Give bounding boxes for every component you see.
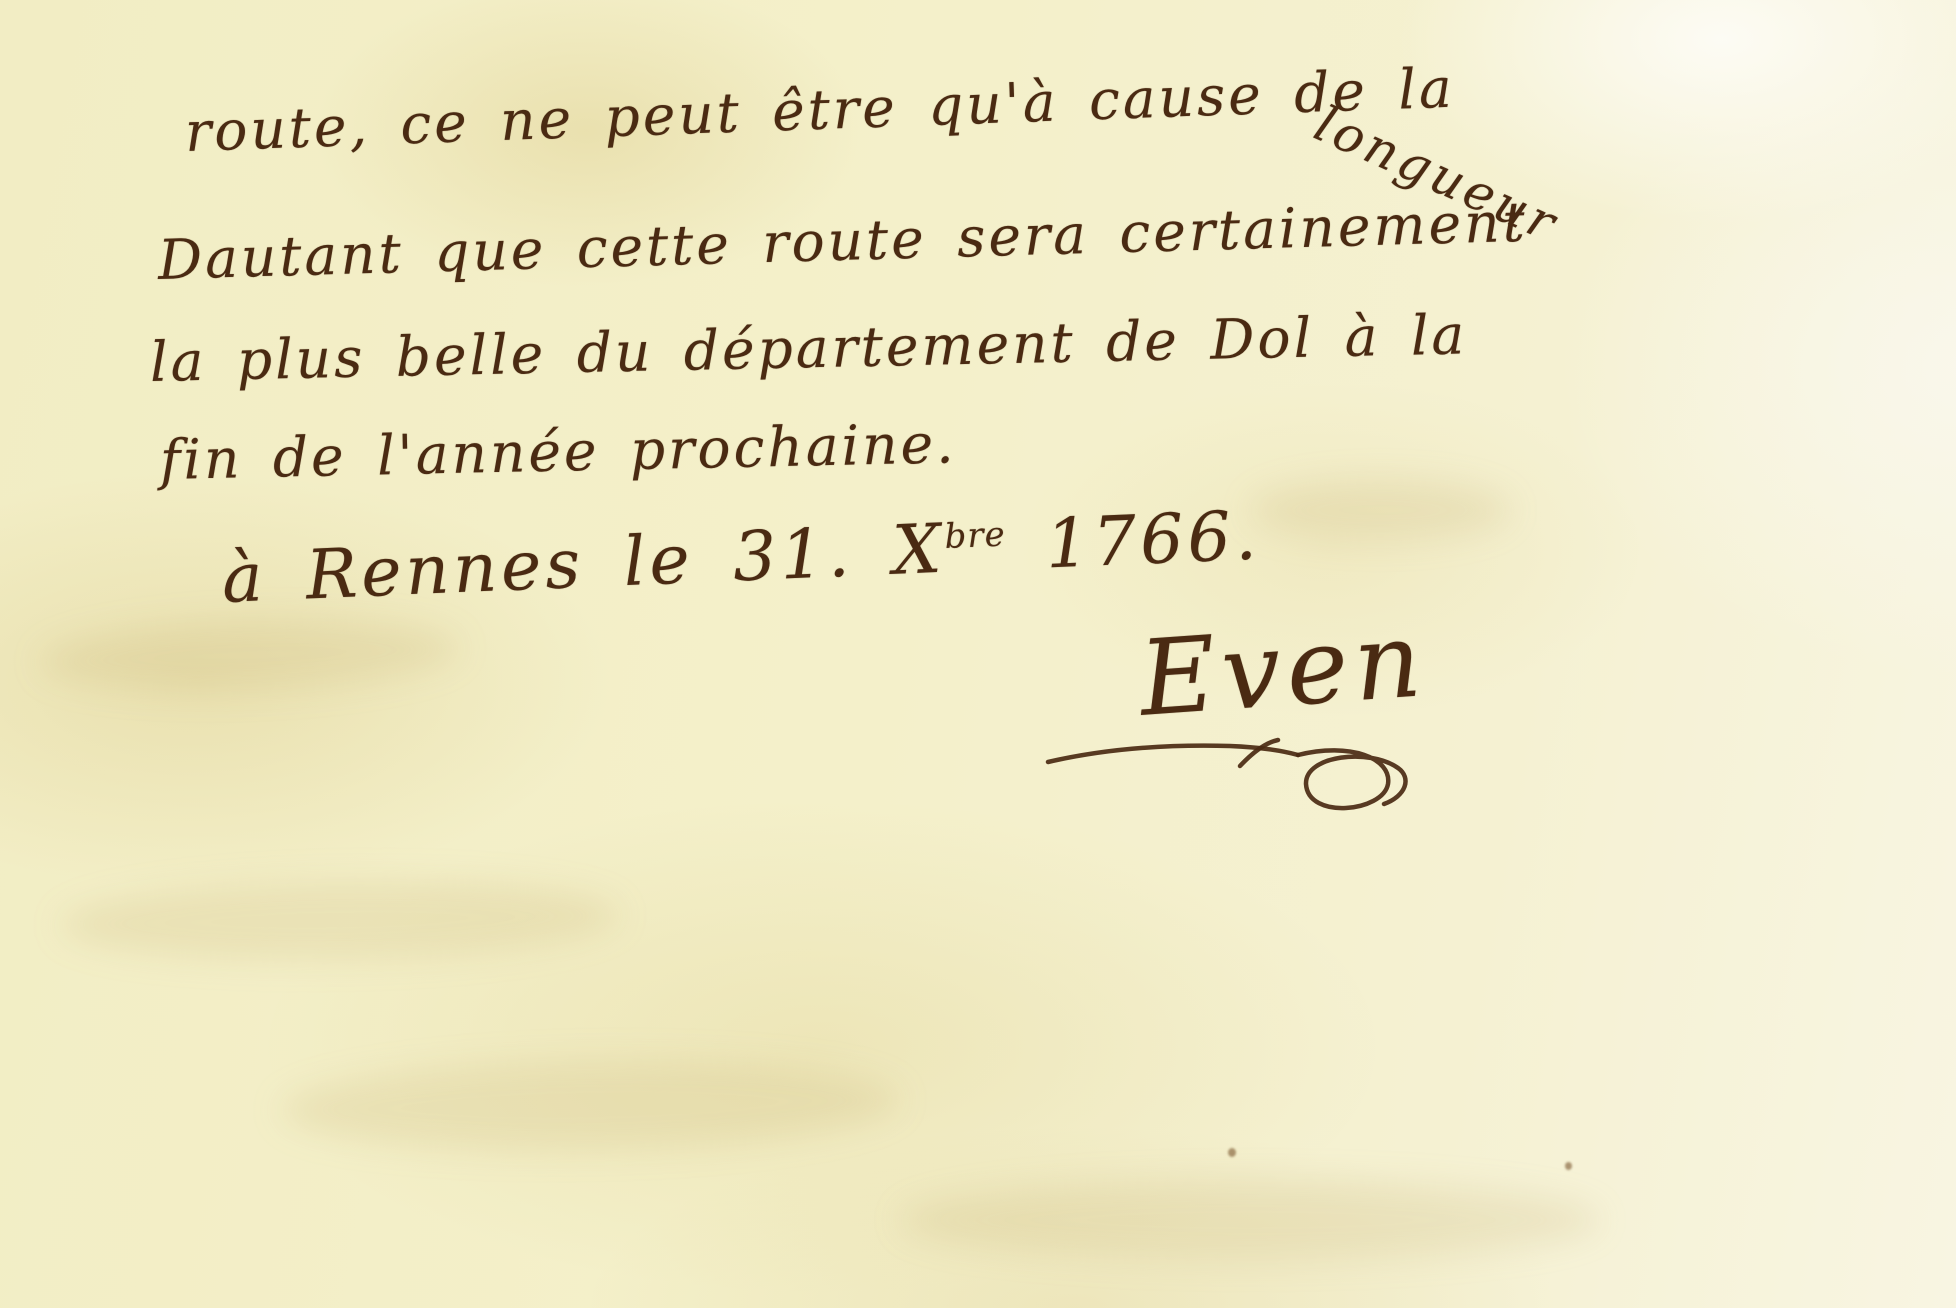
signature-flourish: [1040, 700, 1420, 830]
bleed-through-mark: [1250, 480, 1510, 540]
dateline-month-superscript: bre: [944, 515, 1007, 558]
ink-speck: [1565, 1162, 1572, 1170]
manuscript-line-3: la plus belle du département de Dol à la: [149, 302, 1468, 394]
dateline-year: 1766.: [1005, 497, 1262, 587]
manuscript-line-1: route, ce ne peut être qu'à cause de la: [184, 56, 1456, 164]
bleed-through-mark: [39, 613, 461, 698]
manuscript-line-4: fin de l'année prochaine.: [159, 411, 957, 492]
dateline-place-day: à Rennes le 31. X: [220, 510, 946, 619]
manuscript-line-2: Dautant que cette route sera certainemen…: [157, 190, 1528, 292]
manuscript-page: route, ce ne peut être qu'à cause de la …: [0, 0, 1956, 1308]
bleed-through-mark: [900, 1180, 1600, 1260]
bleed-through-mark: [59, 875, 620, 965]
manuscript-dateline: à Rennes le 31. Xbre 1766.: [220, 497, 1262, 619]
bleed-through-mark: [279, 1055, 900, 1156]
ink-speck: [1228, 1148, 1236, 1157]
